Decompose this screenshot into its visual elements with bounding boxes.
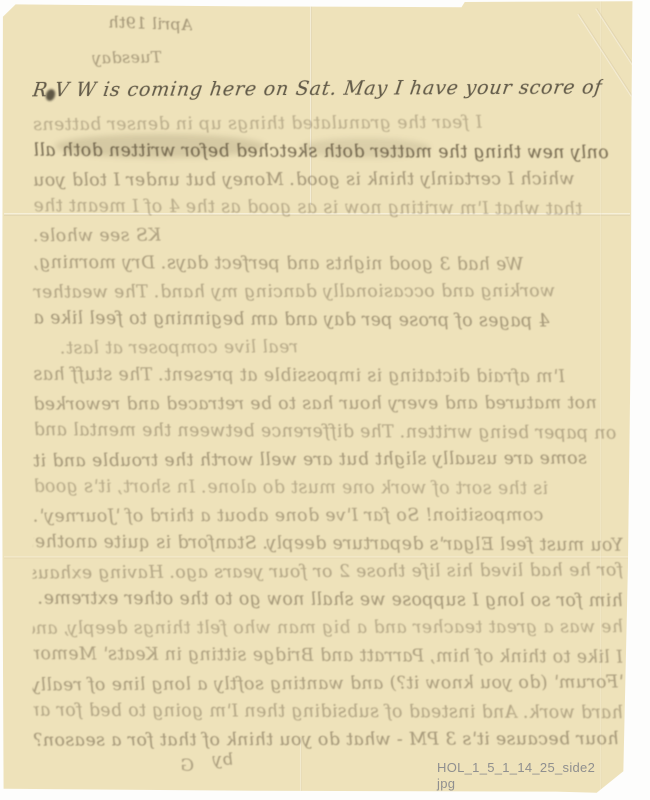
letter-scan-viewport: April 19th Tuesday R V W is coming here … (0, 0, 650, 800)
paper-sheet: April 19th Tuesday R V W is coming here … (0, 0, 650, 800)
bleed-line: for he had lived his life those 2 or fou… (32, 560, 624, 583)
heading-day-scrawl: Tuesday (91, 47, 162, 67)
legible-postscript-line: R V W is coming here on Sat. May I have … (31, 77, 603, 102)
filename-watermark: HOL_1_5_1_14_25_side2 jpg (437, 760, 595, 791)
bleed-line: not matured and every hour has to be ret… (32, 393, 598, 414)
signature-initial-scrawl: G (179, 756, 196, 776)
bleed-line: some are usually slight but are well wor… (32, 449, 588, 472)
crease-diagonal-2 (595, 8, 640, 76)
bleed-line: on paper being written. The difference b… (32, 420, 617, 444)
bleed-line: real live composer at last. (59, 337, 299, 358)
bleed-line: that what I'm writing now is as good as … (32, 196, 583, 219)
filename-line-2: jpg (437, 776, 595, 792)
bleed-line: he was a great teacher and a big man who… (32, 617, 624, 639)
heading-date-scrawl: April 19th (107, 13, 194, 35)
bleed-line: hour because it's 3 PM - what do you thi… (32, 729, 620, 751)
fold-crease-horizontal-2 (4, 556, 630, 559)
bleed-line: I'm afraid dictating is impossible at pr… (32, 365, 566, 387)
bleed-line: only new thing the matter doth sketched … (32, 141, 610, 164)
signature-closing-scrawl: by (211, 750, 234, 770)
bleed-line: hard work. And instead of subsiding then… (32, 701, 624, 724)
bleed-line: which I certainly think is good. Money b… (32, 169, 576, 190)
bleed-line: I fear the granulated things up in dense… (32, 113, 483, 135)
bleed-line: 4 pages of prose per day and am beginnin… (32, 308, 550, 331)
bleed-line: 'Forum' (do you know it?) and wanting so… (32, 672, 624, 695)
bleed-line: KS see whole. (32, 226, 162, 247)
bleed-line: working and occasionally dancing my hand… (32, 281, 556, 302)
bleed-line: I like to think of him, Parratt and Brid… (32, 644, 624, 668)
filename-line-1: HOL_1_5_1_14_25_side2 (437, 760, 595, 776)
bleed-line: is the sort of work one must do alone. I… (32, 477, 549, 499)
bleed-line: composition! So far I've done about a th… (32, 505, 544, 526)
bleed-line: We had 3 good nights and perfect days. D… (32, 253, 524, 275)
bleed-line: You must feel Elgar's departure deeply. … (32, 532, 624, 556)
bleed-line: him for so long I suppose we shall now g… (32, 589, 624, 612)
